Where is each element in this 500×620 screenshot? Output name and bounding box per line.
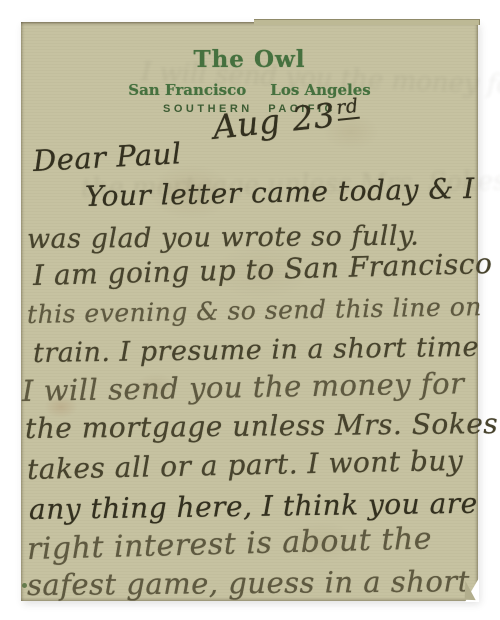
handwritten-date: Aug23rd [211,93,361,147]
letter-paper: I will send you the money for the mortga… [21,22,478,601]
body-line: right interest is about the [27,521,433,567]
date-day: 23 [290,95,337,138]
date-month: Aug [211,101,282,147]
green-stain-dot [22,583,27,588]
date-suffix: rd [335,95,360,121]
body-line: train. I presume in a short time [33,332,479,369]
body-line: takes all or a part. I wont buy [27,444,464,486]
body-line: any thing here, I think you are [29,487,478,526]
body-line: safest game, guess in a short [27,564,470,602]
body-line: Your letter came today & I [85,172,475,213]
second-sheet-edge [254,19,480,25]
letterhead-title: The Owl [21,46,478,73]
body-line: I will send you the money for [22,366,465,408]
letterhead-city-san-francisco: San Francisco [128,81,246,99]
body-line: the mortgage unless Mrs. Sokes [25,407,499,445]
salutation: Dear Paul [32,136,182,178]
letter-photo: I will send you the money for the mortga… [0,0,500,620]
body-line: this evening & so send this line on [27,292,482,329]
folded-corner-flap [465,581,477,600]
letterhead-cities: San Francisco Los Angeles [21,81,478,99]
